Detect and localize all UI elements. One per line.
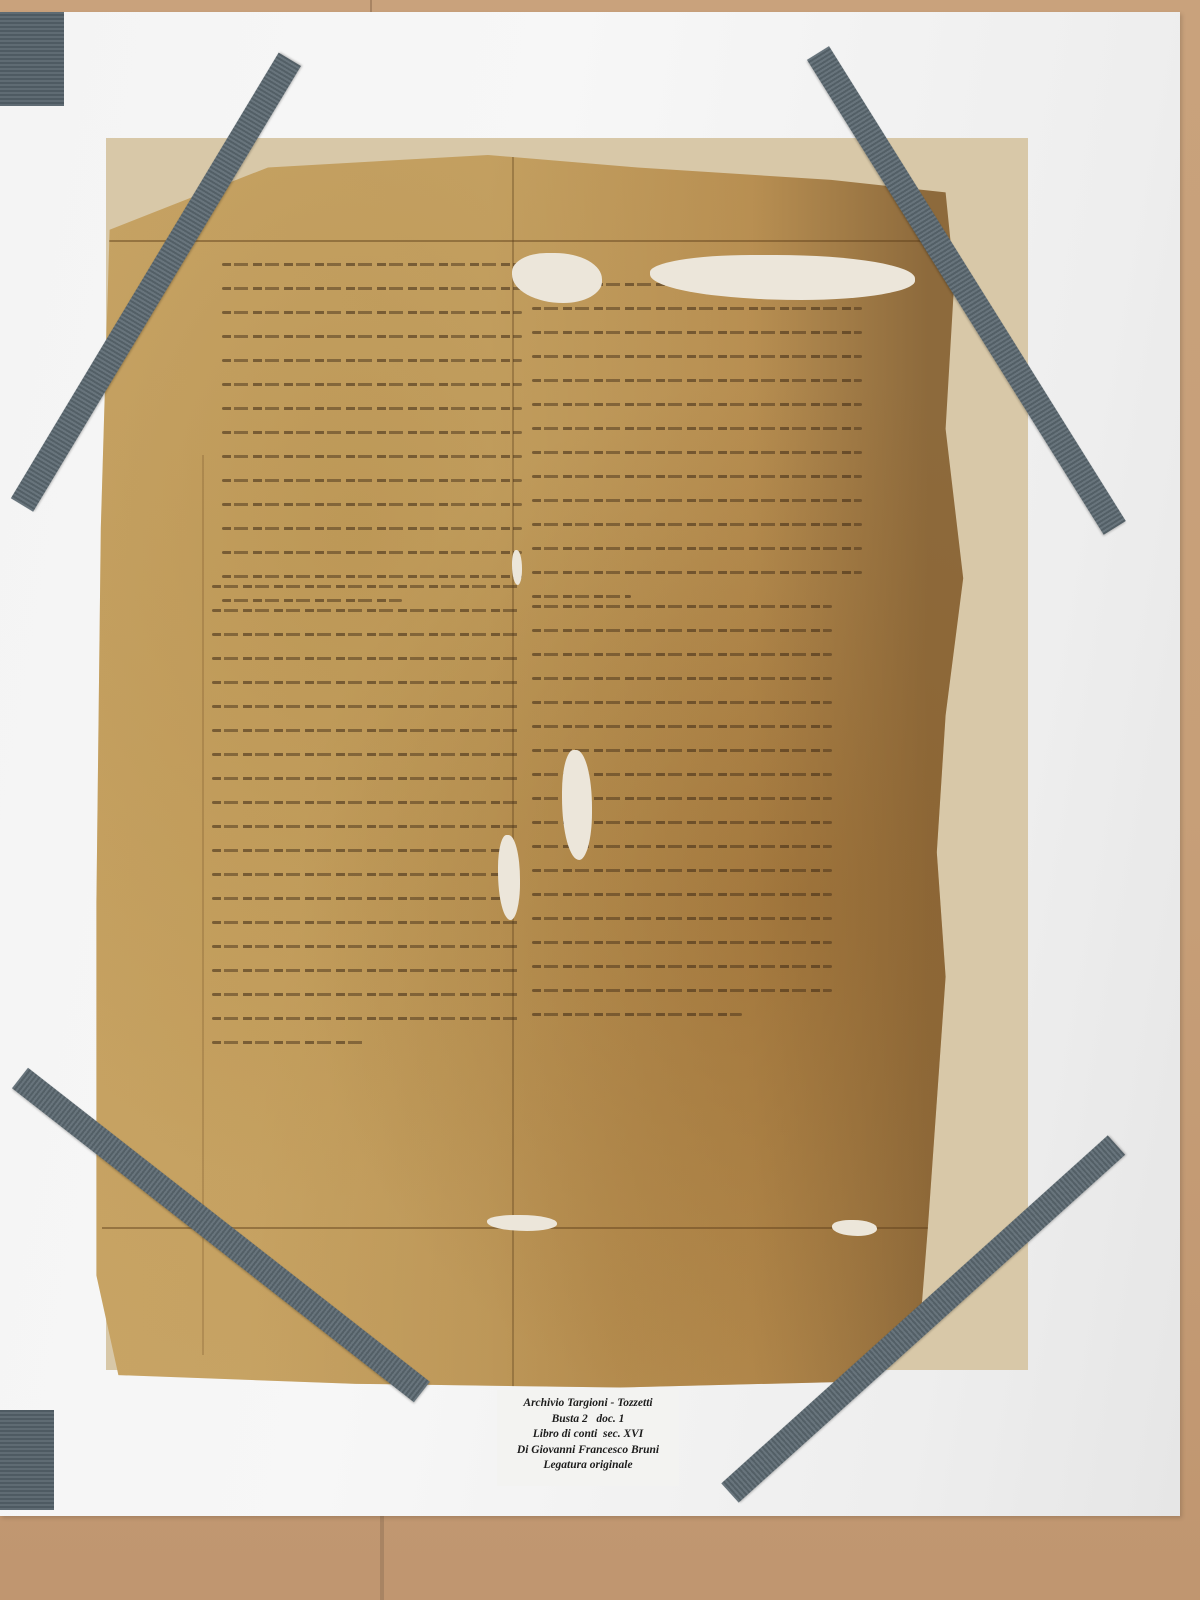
parchment-loss (512, 550, 522, 585)
parchment-loss (512, 253, 602, 303)
archive-label: Archivio Targioni - Tozzetti Busta 2 doc… (497, 1390, 679, 1486)
label-line-busta: Busta 2 doc. 1 (497, 1412, 679, 1428)
parchment-loss (498, 835, 520, 920)
label-line-author: Di Giovanni Francesco Bruni (497, 1443, 679, 1459)
cloth-swatch-bottom-left (0, 1410, 54, 1510)
text-block-upper-right (532, 283, 862, 619)
text-block-upper-left (222, 263, 522, 623)
manuscript-parchment (92, 155, 972, 1400)
text-block-lower-left (212, 585, 522, 1065)
label-line-contents: Libro di conti sec. XVI (497, 1427, 679, 1443)
label-line-binding: Legatura originale (497, 1458, 679, 1474)
fold-line (102, 240, 942, 242)
label-line-archive: Archivio Targioni - Tozzetti (497, 1396, 679, 1412)
table-seam (370, 0, 372, 12)
table-seam (380, 1516, 384, 1600)
cloth-swatch-top-left (0, 12, 64, 106)
parchment-loss (832, 1220, 877, 1236)
